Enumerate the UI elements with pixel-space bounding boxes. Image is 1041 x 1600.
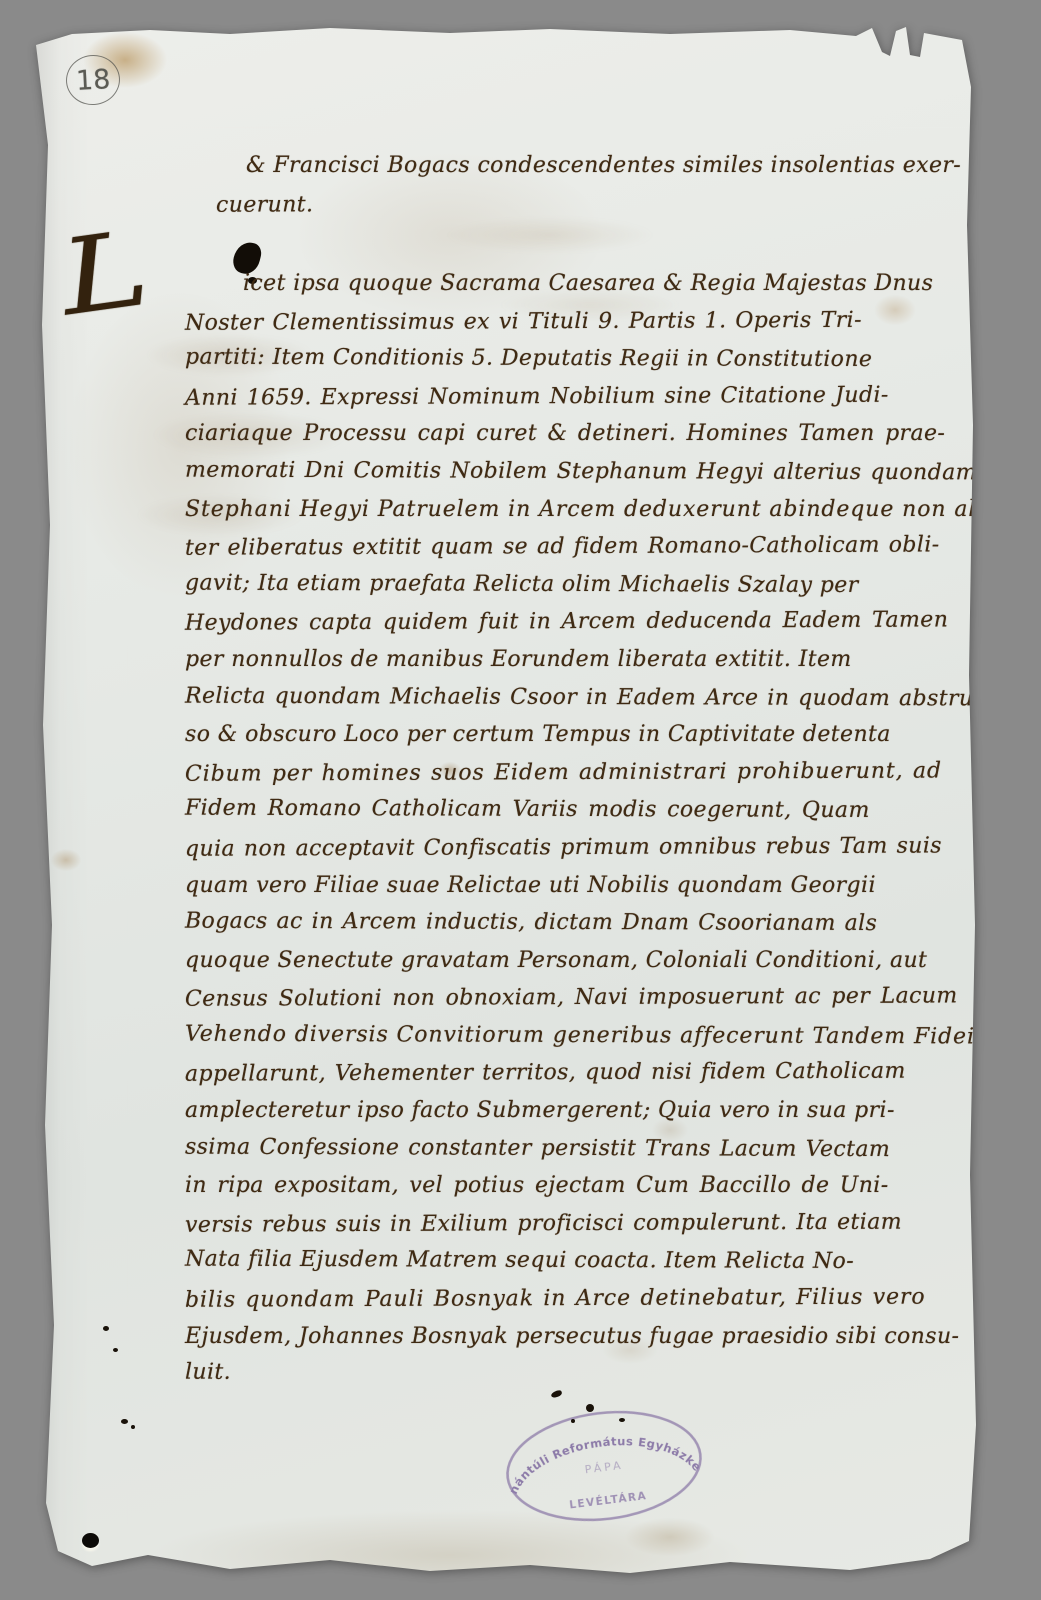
stamp-bottom-text: LEVÉLTÁRA — [569, 1489, 648, 1511]
paper-hole — [82, 1533, 99, 1548]
manuscript-line: Bogacs ac in Arcem inductis, dictam Dnam… — [185, 903, 985, 943]
manuscript-line: quam vero Filiae suae Relictae uti Nobil… — [185, 867, 985, 905]
stamp-arc-text: A Dunántúli Református Egyházkerület — [492, 1395, 706, 1500]
manuscript-line: ciariaque Processu capi curet & detineri… — [185, 415, 985, 453]
manuscript-line: ter eliberatus extitit quam se ad fidem … — [185, 526, 985, 567]
manuscript-line: versis rebus suis in Exilium proficisci … — [185, 1203, 985, 1244]
ink-speck — [121, 1419, 128, 1424]
manuscript-line: in ripa expositam, vel potius ejectam Cu… — [185, 1167, 985, 1205]
manuscript-line: Relicta quondam Michaelis Csoor in Eadem… — [185, 677, 985, 717]
manuscript-line: per nonnullos de manibus Eorundem libera… — [185, 641, 985, 679]
manuscript-line: bilis quondam Pauli Bosnyak in Arce deti… — [185, 1278, 985, 1319]
manuscript-line: Ejusdem, Johannes Bosnyak persecutus fug… — [185, 1318, 985, 1356]
manuscript-scan: 18 & Francisci Bogacs condescendentes si… — [30, 25, 977, 1575]
opening-paragraph: & Francisci Bogacs condescendentes simil… — [216, 147, 1006, 222]
ink-speck — [113, 1348, 118, 1352]
manuscript-line: Fidem Romano Catholicam Variis modis coe… — [185, 790, 985, 830]
page-number-circle: 18 — [64, 52, 123, 107]
manuscript-line: & Francisci Bogacs condescendentes simil… — [216, 147, 1006, 185]
manuscript-line: Noster Clementissimus ex vi Tituli 9. Pa… — [185, 301, 985, 342]
manuscript-line: Anni 1659. Expressi Nominum Nobilium sin… — [185, 376, 985, 417]
manuscript-line: Vehendo diversis Convitiorum generibus a… — [185, 1015, 985, 1055]
manuscript-line: so & obscuro Loco per certum Tempus in C… — [185, 716, 985, 754]
manuscript-line: icet ipsa quoque Sacrama Caesarea & Regi… — [185, 265, 985, 303]
ink-speck — [103, 1326, 109, 1331]
page-number-annotation: 18 — [75, 64, 111, 97]
manuscript-line: Cibum per homines suos Eidem administrar… — [185, 752, 985, 793]
manuscript-line: appellarunt, Vehementer territos, quod n… — [185, 1053, 985, 1094]
manuscript-line: Census Solutioni non obnoxiam, Navi impo… — [185, 978, 985, 1019]
manuscript-page: 18 & Francisci Bogacs condescendentes si… — [30, 25, 977, 1575]
manuscript-line: ssima Confessione constanter persistit T… — [185, 1128, 985, 1168]
manuscript-line: amplecteretur ipso facto Submergerent; Q… — [185, 1092, 985, 1130]
manuscript-line: Nata filia Ejusdem Matrem sequi coacta. … — [185, 1241, 985, 1281]
manuscript-line: quia non acceptavit Confiscatis primum o… — [185, 827, 985, 868]
manuscript-line: memorati Dni Comitis Nobilem Stephanum H… — [185, 452, 985, 492]
manuscript-line: quoque Senectute gravatam Personam, Colo… — [185, 942, 985, 980]
main-paragraph: icet ipsa quoque Sacrama Caesarea & Regi… — [185, 265, 985, 1393]
manuscript-line: Stephani Hegyi Patruelem in Arcem deduxe… — [185, 491, 985, 529]
archive-stamp: A Dunántúli Református Egyházkerület PÁP… — [492, 1395, 717, 1538]
manuscript-line: luit. — [185, 1354, 985, 1394]
manuscript-line: Heydones capta quidem fuit in Arcem dedu… — [185, 602, 985, 643]
ink-speck — [908, 40, 917, 52]
manuscript-line: partiti: Item Conditionis 5. Deputatis R… — [185, 339, 985, 379]
manuscript-line: cuerunt. — [216, 183, 1006, 224]
ink-speck — [131, 1425, 135, 1429]
manuscript-line: gavit; Ita etiam praefata Relicta olim M… — [185, 564, 985, 604]
stamp-center-text: PÁPA — [584, 1459, 624, 1477]
drop-cap-initial: L — [55, 215, 155, 330]
